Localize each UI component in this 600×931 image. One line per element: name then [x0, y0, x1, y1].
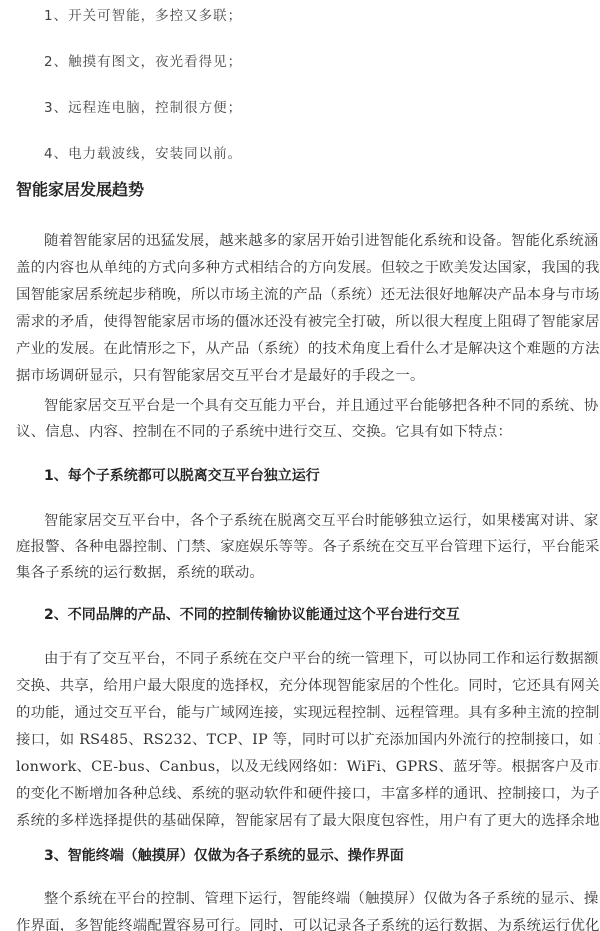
- text-line: 由于有了交互平台，不同子系统在交户平台的统一管理下，可以协同工作和运行数据额: [44, 650, 584, 668]
- section-title: 智能家居发展趋势: [16, 180, 144, 200]
- text-line: 盖的内容也从单纯的方式向多种方式相结合的方向发展。但较之于欧美发达国家，我国的我: [16, 259, 584, 277]
- text-line: 智能家居交互平台中，各个子系统在脱离交互平台时能够独立运行，如果楼寓对讲、家: [44, 512, 584, 530]
- list-item: 2、触摸有图文，夜光看得见；: [44, 53, 242, 71]
- text-line: 产业的发展。在此情形之下，从产品（系统）的技术角度上看什么才是解决这个难题的方法…: [16, 340, 584, 358]
- text-line: 智能家居交互平台是一个具有交互能力平台，并且通过平台能够把各种不同的系统、协: [44, 397, 584, 415]
- text-line: 需求的矛盾，使得智能家居市场的僵冰还没有被完全打破，所以很大程度上阻碍了智能家居: [16, 313, 584, 331]
- text-line: lonwork、CE-bus、Canbus，以及无线网络如：WiFi、GPRS、…: [16, 758, 584, 776]
- feature-heading-2: 2、不同品牌的产品、不同的控制传输协议能通过这个平台进行交互: [44, 606, 460, 624]
- text-line: 国智能家居系统起步稍晚，所以市场主流的产品（系统）还无法很好地解决产品本身与市场: [16, 286, 584, 304]
- text-line: 整个系统在平台的控制、管理下运行，智能终端（触摸屏）仅做为各子系统的显示、操: [44, 890, 584, 908]
- list-item: 1、开关可智能，多控又多联；: [44, 7, 242, 25]
- text-line: 系统的多样选择提供的基础保障，智能家居有了最大限度包容性，用户有了更大的选择余地…: [16, 812, 584, 830]
- feature-heading-3: 3、智能终端（触摸屏）仅做为各子系统的显示、操作界面: [44, 847, 404, 865]
- list-item: 3、远程连电脑，控制很方便；: [44, 99, 242, 117]
- list-item: 4、电力载波线，安装同以前。: [44, 145, 242, 163]
- text-line: 的变化不断增加各种总线、系统的驱动软件和硬件接口，丰富多样的通讯、控制接口，为子: [16, 785, 584, 803]
- text-line: 议、信息、内容、控制在不同的子系统中进行交互、交换。它具有如下特点：: [16, 423, 584, 441]
- text-line: 的功能，通过交互平台，能与广域网连接，实现远程控制、远程管理。具有多种主流的控制: [16, 704, 584, 722]
- text-line: 随着智能家居的迅猛发展，越来越多的家居开始引进智能化系统和设备。智能化系统涵: [44, 232, 584, 250]
- feature-heading-1: 1、每个子系统都可以脱离交互平台独立运行: [44, 467, 320, 485]
- text-line: 集各子系统的运行数据，系统的联动。: [16, 564, 584, 582]
- text-line: 作界面，多智能终端配置容易可行。同时，可以记录各子系统的运行数据、为系统运行优化…: [16, 917, 584, 931]
- text-line: 据市场调研显示，只有智能家居交互平台才是最好的手段之一。: [16, 367, 584, 385]
- text-line: 庭报警、各种电器控制、门禁、家庭娱乐等等。各子系统在交互平台管理下运行，平台能采: [16, 538, 584, 556]
- text-line: 交换、共享，给用户最大限度的选择权，充分体现智能家居的个性化。同时，它还具有网关: [16, 677, 584, 695]
- text-line: 接口，如 RS485、RS232、TCP、IP 等，同时可以扩充添加国内外流行的…: [16, 731, 584, 749]
